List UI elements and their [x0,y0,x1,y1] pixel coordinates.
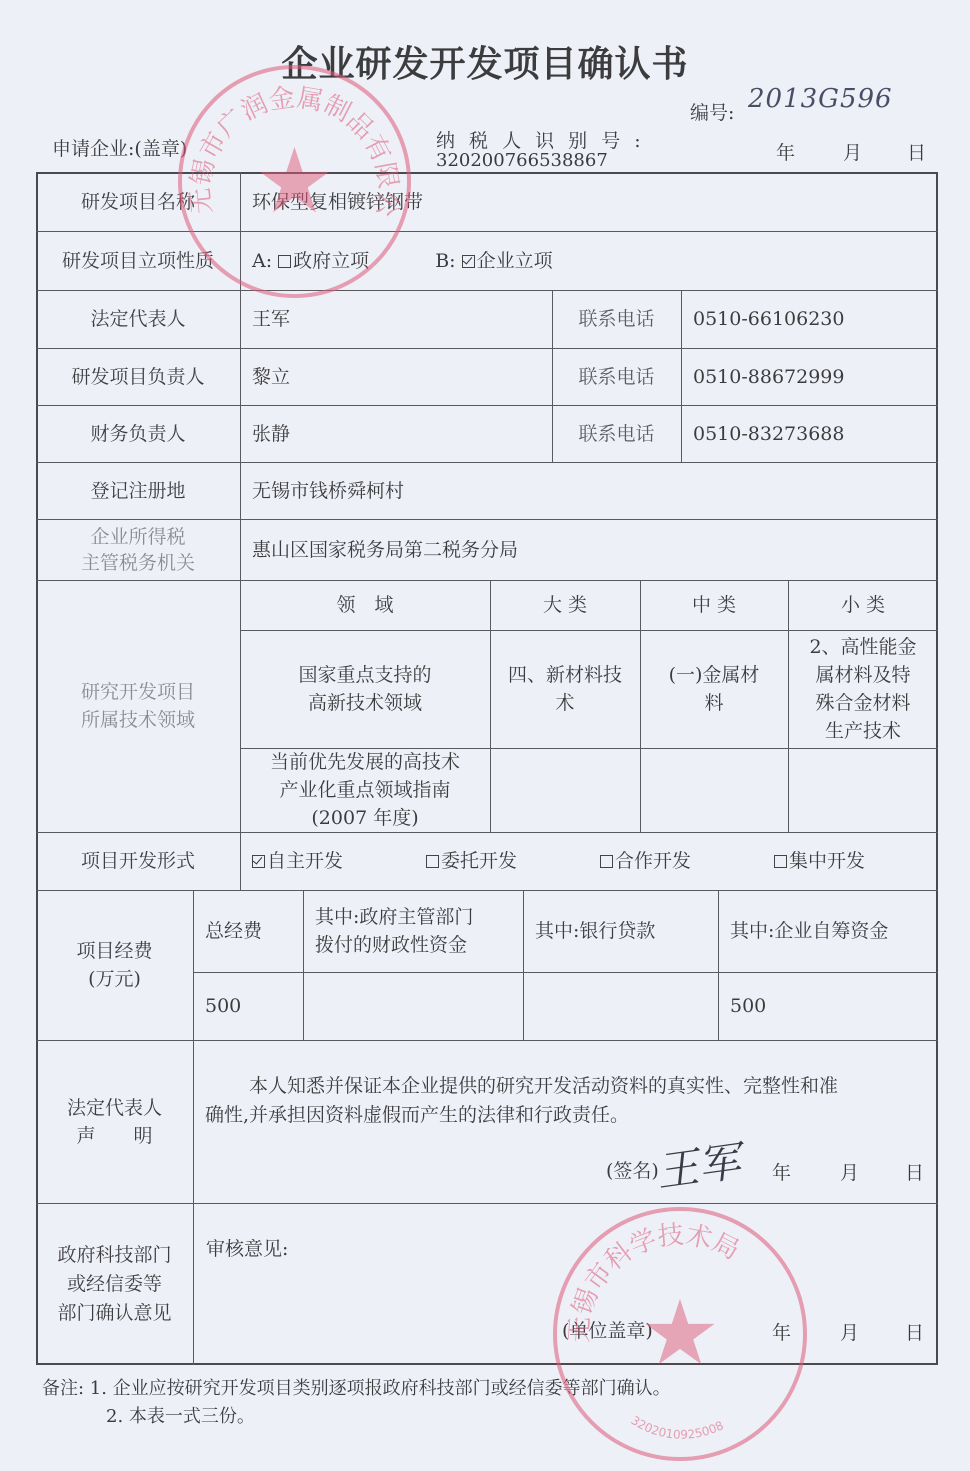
note-line-1: 备注: 1. 企业应按研究开发项目类别逐项报政府科技部门或经信委等部门确认。 [42,1374,671,1400]
finance-lead-value: 张静 [240,405,552,462]
nature-option-a[interactable]: A: 政府立项 [252,247,369,275]
label-line: (万元) [88,965,141,993]
registration-value: 无锡市钱桥舜柯村 [240,462,938,519]
option-label: 委托开发 [441,850,517,872]
domain-header-middle: 中 类 [640,580,788,630]
text-line: 殊合金材料 [815,689,910,717]
tax-id-value: 320200766538867 [436,150,608,171]
checkbox-unchecked-icon[interactable] [774,855,787,868]
svg-text:3202010925008: 3202010925008 [628,1413,725,1442]
option-label: 企业立项 [477,250,553,272]
funding-value-gov [303,972,523,1040]
tax-authority-label: 企业所得税 主管税务机关 [36,519,240,580]
domain-row-1-minor: 2、高性能金 属材料及特 殊合金材料 生产技术 [788,630,938,748]
finance-lead-phone: 0510-83273688 [681,405,938,462]
serial-number: 2013G596 [748,84,893,114]
finance-lead-phone-label: 联系电话 [552,405,681,462]
domain-row-1-major: 四、新材料技 术 [490,630,640,748]
project-nature-options: A: 政府立项 B: 企业立项 [240,231,938,290]
dev-option-cooperative[interactable]: 合作开发 [600,847,774,875]
domain-header-field: 领 域 [240,580,490,630]
checkbox-checked-icon[interactable] [252,855,265,868]
option-prefix: A: [252,250,272,272]
declaration-label: 法定代表人 声 明 [36,1040,193,1203]
declaration-line: 确性,并承担因资料虚假而产生的法律和行政责任。 [205,1101,930,1130]
legal-rep-phone-label: 联系电话 [552,290,681,348]
checkbox-unchecked-icon[interactable] [600,855,613,868]
project-lead-phone: 0510-88672999 [681,348,938,405]
legal-rep-phone: 0510-66106230 [681,290,938,348]
label-line: 法定代表人 [67,1094,162,1122]
domain-row-2-field: 当前优先发展的高技术 产业化重点领域指南 (2007 年度) [240,748,490,832]
project-lead-label: 研发项目负责人 [36,348,240,405]
header-date-month: 月 [843,138,862,165]
declaration-text: 本人知悉并保证本企业提供的研究开发活动资料的真实性、完整性和准 确性,并承担因资… [205,1072,930,1130]
label-line: 政府科技部门 [57,1241,171,1270]
signature: 王军 [652,1128,744,1199]
funding-header-total: 总经费 [193,890,303,972]
tech-domain-label: 研究开发项目 所属技术领域 [36,580,240,832]
label-line: 研究开发项目 [81,678,195,706]
option-label: 自主开发 [267,850,343,872]
text-line: 当前优先发展的高技术 [270,748,460,776]
funding-value-self: 500 [718,972,938,1040]
declaration-line: 本人知悉并保证本企业提供的研究开发活动资料的真实性、完整性和准 [205,1072,930,1101]
review-opinion-label: 审核意见: [206,1234,288,1261]
text-line: 其中:政府主管部门 [315,903,473,931]
checkbox-checked-icon[interactable] [462,255,475,268]
checkbox-unchecked-icon[interactable] [426,855,439,868]
seal-label: (单位盖章) [562,1316,653,1343]
funding-label: 项目经费 (万元) [36,890,193,1040]
registration-label: 登记注册地 [36,462,240,519]
note-line-2: 2. 本表一式三份。 [106,1402,255,1428]
label-line: 所属技术领域 [81,706,195,734]
text-line: 高新技术领域 [308,689,422,717]
serial-label: 编号: [690,98,734,125]
domain-header-major: 大 类 [490,580,640,630]
domain-row-1-field: 国家重点支持的 高新技术领域 [240,630,490,748]
gov-date-month: 月 [840,1318,859,1345]
header-date-day: 日 [907,138,926,165]
option-label: 政府立项 [293,250,369,272]
domain-row-1-middle: (一)金属材 料 [640,630,788,748]
text-line: 料 [704,689,723,717]
text-line: 生产技术 [825,717,901,745]
signature-label: (签名) [606,1156,659,1183]
label-line: 声 明 [76,1122,152,1150]
project-name-label: 研发项目名称 [36,172,240,231]
gov-opinion-label: 政府科技部门 或经信委等 部门确认意见 [36,1203,193,1365]
project-lead-value: 黎立 [240,348,552,405]
funding-header-bank: 其中:银行贷款 [523,890,718,972]
funding-header-gov: 其中:政府主管部门 拨付的财政性资金 [303,890,523,972]
legal-rep-value: 王军 [240,290,552,348]
applicant-label: 申请企业:(盖章) [52,134,187,161]
option-label: 合作开发 [615,850,691,872]
gov-date-year: 年 [772,1318,791,1345]
dev-form-label: 项目开发形式 [36,832,240,890]
finance-lead-label: 财务负责人 [36,405,240,462]
label-line: 企业所得税 [90,524,185,550]
nature-option-b[interactable]: B: 企业立项 [435,247,552,275]
text-line: 四、新材料技 [508,661,622,689]
option-label: 集中开发 [789,850,865,872]
text-line: 术 [555,689,574,717]
header-date-year: 年 [776,138,795,165]
project-name-value: 环保型复相镀锌钢带 [240,172,938,231]
label-line: 部门确认意见 [57,1299,171,1328]
funding-value-total: 500 [193,972,303,1040]
funding-value-bank [523,972,718,1040]
declaration-date-day: 日 [905,1158,924,1185]
domain-header-minor: 小 类 [788,580,938,630]
checkbox-unchecked-icon[interactable] [278,255,291,268]
document-title: 企业研发开发项目确认书 [0,36,970,87]
dev-option-centralized[interactable]: 集中开发 [774,847,865,875]
text-line: 拨付的财政性资金 [315,931,467,959]
text-line: 2、高性能金 [809,633,916,661]
declaration-date-month: 月 [840,1158,859,1185]
label-line: 主管税务机关 [81,550,195,576]
funding-header-self: 其中:企业自筹资金 [718,890,938,972]
legal-rep-label: 法定代表人 [36,290,240,348]
dev-option-commissioned[interactable]: 委托开发 [426,847,600,875]
dev-option-self[interactable]: 自主开发 [252,847,426,875]
text-line: (2007 年度) [311,804,418,832]
label-line: 项目经费 [76,937,152,965]
tax-id-label: 纳 税 人 识 别 号 : [436,126,645,153]
option-prefix: B: [435,250,455,272]
government-seal-code: 3202010925008 [628,1413,725,1442]
dev-form-options: 自主开发 委托开发 合作开发 集中开发 [240,832,938,890]
text-line: 国家重点支持的 [298,661,431,689]
tax-authority-value: 惠山区国家税务局第二税务分局 [240,519,938,580]
gov-date-day: 日 [905,1318,924,1345]
text-line: 产业化重点领域指南 [279,776,450,804]
label-line: 或经信委等 [67,1270,162,1299]
declaration-date-year: 年 [772,1158,791,1185]
text-line: (一)金属材 [669,661,760,689]
text-line: 属材料及特 [815,661,910,689]
project-nature-label: 研发项目立项性质 [36,231,240,290]
project-lead-phone-label: 联系电话 [552,348,681,405]
